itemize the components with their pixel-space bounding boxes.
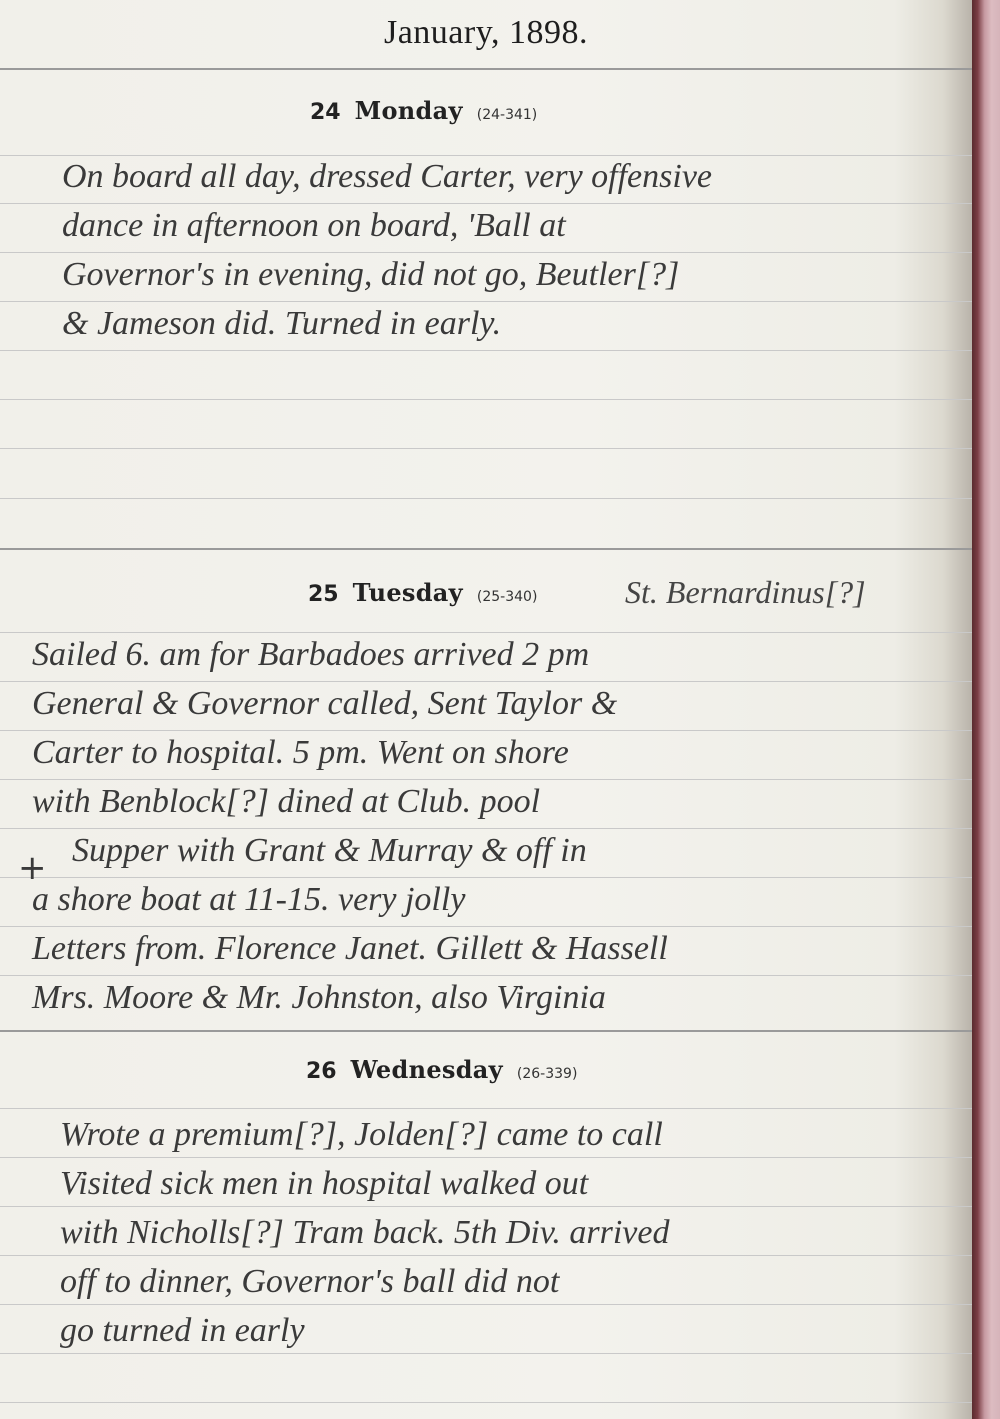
handwritten-line: a shore boat at 11-15. very jolly	[32, 875, 668, 924]
day-number: 25	[308, 582, 339, 607]
weekday: Wednesday	[351, 1055, 503, 1084]
ruled-line	[0, 1402, 972, 1403]
handwritten-line: with Nicholls[?] Tram back. 5th Div. arr…	[60, 1208, 669, 1257]
day-count: (24-341)	[477, 107, 538, 123]
handwritten-line: General & Governor called, Sent Taylor &	[32, 679, 668, 728]
handwritten-line: off to dinner, Governor's ball did not	[60, 1257, 669, 1306]
page-title: January, 1898.	[0, 14, 972, 52]
handwritten-line: Letters from. Florence Janet. Gillett & …	[32, 924, 668, 973]
ruled-line	[0, 448, 972, 449]
handwritten-line: dance in afternoon on board, 'Ball at	[62, 201, 712, 250]
handwritten-line: Governor's in evening, did not go, Beutl…	[62, 250, 712, 299]
handwritten-line: with Benblock[?] dined at Club. pool	[32, 777, 668, 826]
entry-text-24: On board all day, dressed Carter, very o…	[62, 152, 712, 348]
ruled-line	[0, 498, 972, 499]
handwritten-line: Visited sick men in hospital walked out	[60, 1159, 669, 1208]
day-header-24: 24 Monday (24-341)	[310, 96, 537, 125]
weekday: Tuesday	[353, 578, 463, 607]
section-divider	[0, 548, 972, 550]
day-header-26: 26 Wednesday (26-339)	[306, 1055, 577, 1084]
handwritten-line: Mrs. Moore & Mr. Johnston, also Virginia	[32, 973, 668, 1022]
saint-day-annotation: St. Bernardinus[?]	[625, 574, 866, 611]
ruled-line	[0, 399, 972, 400]
section-divider	[0, 1030, 972, 1032]
book-binding-edge	[972, 0, 1000, 1419]
day-header-25: 25 Tuesday (25-340)	[308, 578, 537, 607]
handwritten-line: go turned in early	[60, 1306, 669, 1355]
day-count: (26-339)	[517, 1066, 578, 1082]
diary-page: January, 1898. 24 Monday (24-341) On boa…	[0, 0, 972, 1419]
entry-text-26: Wrote a premium[?], Jolden[?] came to ca…	[60, 1110, 669, 1355]
ruled-line	[0, 350, 972, 351]
ruled-line	[0, 1108, 972, 1109]
handwritten-line: & Jameson did. Turned in early.	[62, 299, 712, 348]
handwritten-line: Carter to hospital. 5 pm. Went on shore	[32, 728, 668, 777]
handwritten-line: On board all day, dressed Carter, very o…	[62, 152, 712, 201]
day-number: 24	[310, 100, 341, 125]
header-rule	[0, 68, 972, 70]
entry-text-25: Sailed 6. am for Barbadoes arrived 2 pm …	[32, 630, 668, 1022]
day-count: (25-340)	[477, 589, 538, 605]
day-number: 26	[306, 1059, 337, 1084]
handwritten-line: Supper with Grant & Murray & off in	[32, 826, 668, 875]
handwritten-line: Wrote a premium[?], Jolden[?] came to ca…	[60, 1110, 669, 1159]
weekday: Monday	[355, 96, 463, 125]
handwritten-line: Sailed 6. am for Barbadoes arrived 2 pm	[32, 630, 668, 679]
